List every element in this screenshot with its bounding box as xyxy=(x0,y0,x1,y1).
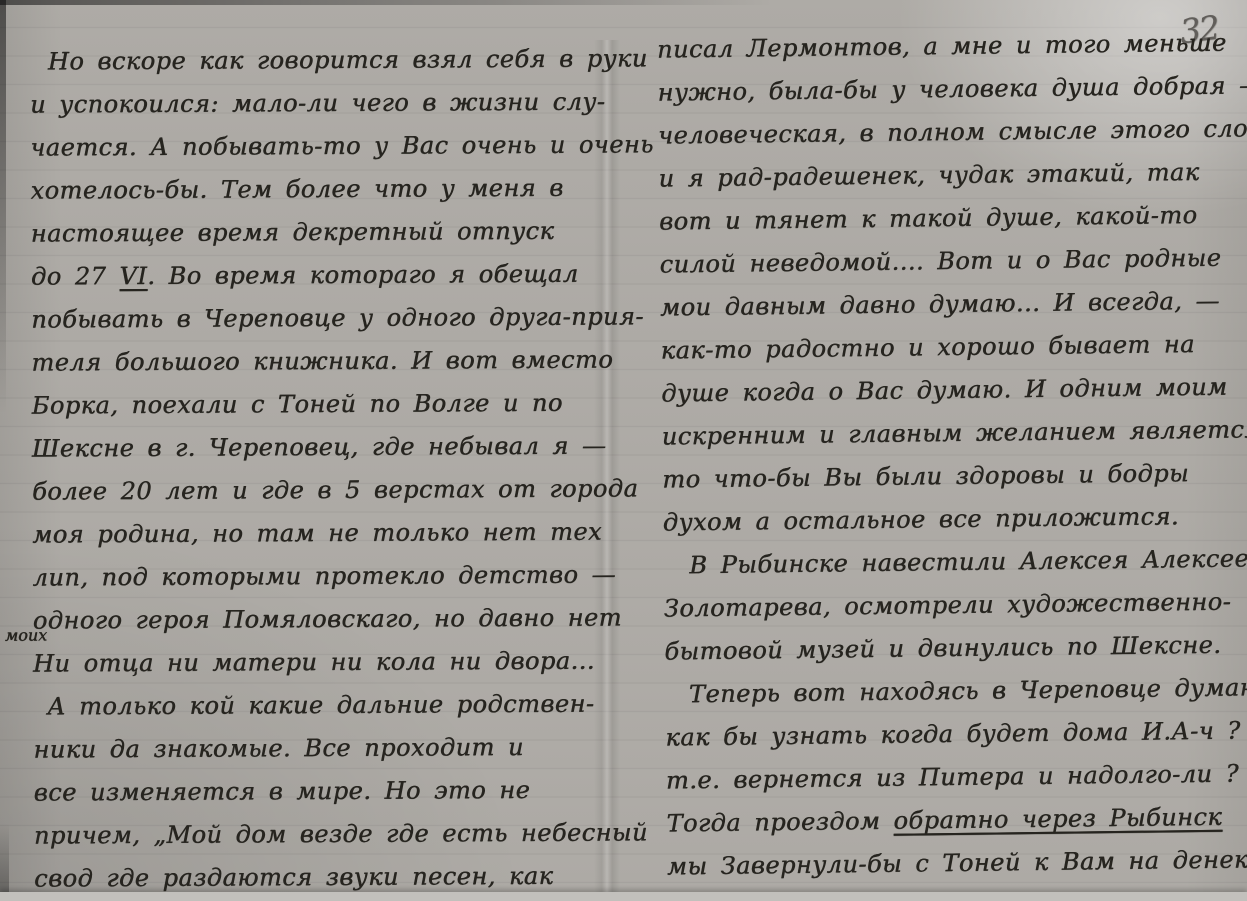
handwritten-line: мои давным давно думаю... И всегда, — xyxy=(660,280,1240,330)
handwritten-line: мы Завернули-бы с Тоней к Вам на денек xyxy=(667,839,1247,889)
handwritten-line: силой неведомой.... Вот и о Вас родные xyxy=(659,237,1239,287)
handwritten-line: человеческая, в полном смысле этого слов… xyxy=(658,108,1238,158)
handwritten-line: нужно, была-бы у человека душа добрая — xyxy=(657,65,1237,115)
handwritten-line: Но вскоре как говорится взял себя в руки xyxy=(30,38,630,84)
margin-insertion: моих xyxy=(5,627,47,643)
left-page: Но вскоре как говорится взял себя в руки… xyxy=(30,38,634,901)
handwritten-line: лип, под которыми протекло детство — xyxy=(32,554,632,600)
handwritten-line: одного героя Помяловскаго, но давно нет xyxy=(33,597,633,643)
handwritten-line: теля большого книжника. И вот вместо xyxy=(31,339,631,385)
handwritten-line: писал Лермонтов, а мне и того меньше xyxy=(657,22,1237,72)
handwritten-line: и успокоился: мало-ли чего в жизни слу- xyxy=(30,81,630,127)
handwritten-line: Золотарева, осмотрели художественно- xyxy=(664,581,1244,631)
handwritten-line: А только кой какие дальние родствен- xyxy=(33,683,633,729)
handwritten-line: более 20 лет и где в 5 верстах от города xyxy=(32,468,632,514)
handwritten-line: побывать в Череповце у одного друга-прия… xyxy=(31,296,631,342)
handwritten-line: духом а остальное все приложится. xyxy=(663,495,1243,545)
handwritten-line: моя родина, но там не только нет тех xyxy=(32,511,632,557)
handwritten-line: хотелось-бы. Тем более что у меня в xyxy=(30,167,630,213)
handwritten-line: свод где раздаются звуки песен, как xyxy=(34,855,634,901)
handwritten-line: ники да знакомые. Все проходит и xyxy=(33,726,633,772)
handwritten-line: настоящее время декретный отпуск xyxy=(31,210,631,256)
handwritten-line: как-то радостно и хорошо бывает на xyxy=(660,323,1240,373)
handwritten-line: чается. А побывать-то у Вас очень и очен… xyxy=(30,124,630,170)
handwritten-line: Тогда проездом обратно через Рыбинск xyxy=(666,796,1246,846)
handwritten-line: Шексне в г. Череповец, где небывал я — xyxy=(32,425,632,471)
right-page: писал Лермонтов, а мне и того меньшенужн… xyxy=(657,22,1247,889)
handwritten-line: Ни отца ни матери ни кола ни двора...мои… xyxy=(33,640,633,686)
scan-corner-bottom-left xyxy=(0,823,9,893)
handwritten-line: искренним и главным желанием является xyxy=(661,409,1241,459)
handwritten-line: В Рыбинске навестили Алексея Алексеев. xyxy=(663,538,1243,588)
handwritten-line: душе когда о Вас думаю. И одним моим xyxy=(661,366,1241,416)
handwritten-line: причем, „Мой дом везде где есть небесный xyxy=(34,812,634,858)
handwritten-line: и я рад-радешенек, чудак этакий, так xyxy=(658,151,1238,201)
scan-edge-top xyxy=(0,0,1247,5)
letter-scan: 32 Но вскоре как говорится взял себя в р… xyxy=(0,0,1247,901)
handwritten-line: как бы узнать когда будет дома И.А-ч ? xyxy=(665,710,1245,760)
handwritten-line: все изменяется в мире. Но это не xyxy=(34,769,634,815)
handwritten-line: то что-бы Вы были здоровы и бодры xyxy=(662,452,1242,502)
handwritten-line: т.е. вернется из Питера и надолго-ли ? xyxy=(666,753,1246,803)
handwritten-line: Борка, поехали с Тоней по Волге и по xyxy=(32,382,632,428)
handwritten-line: до 27 VI. Во время котораго я обещал xyxy=(31,253,631,299)
handwritten-line: Теперь вот находясь в Череповце думаю xyxy=(665,667,1245,717)
handwritten-line: вот и тянет к такой душе, какой-то xyxy=(659,194,1239,244)
scan-edge-left xyxy=(0,0,6,414)
handwritten-line: бытовой музей и двинулись по Шексне. xyxy=(664,624,1244,674)
